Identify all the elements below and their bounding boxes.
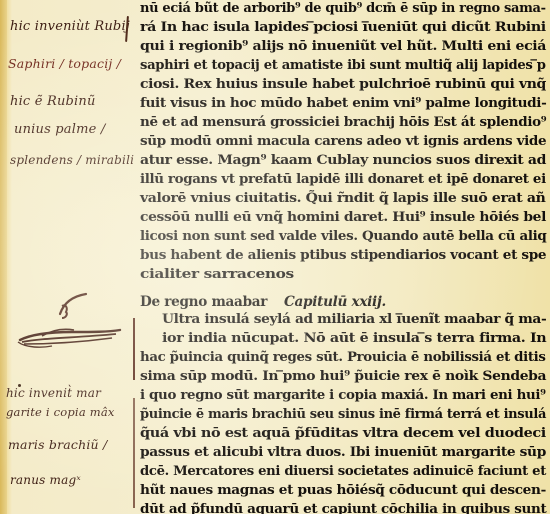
margin-note: splendens / mirabili bbox=[10, 154, 134, 166]
text-line: passus et alicubi vltra duos. Ibi inueni… bbox=[140, 446, 546, 459]
text-line: ior india nūcupat. Nō aūt ē insula ̅s te… bbox=[162, 332, 546, 345]
margin-note: ranus magˣ bbox=[10, 474, 81, 486]
text-line: dūt ad p̃fundū aquarū et capiunt cōchili… bbox=[140, 503, 546, 514]
text-line: hac p̃uincia quinq̃ reges sūt. Prouicia … bbox=[140, 351, 546, 364]
text-line: dcē. Mercatores eni diuersi societates a… bbox=[140, 465, 546, 478]
text-line: sima sūp modū. In ̅pmo hui⁹ p̃uicie rex … bbox=[140, 370, 546, 383]
margin-sketch-icon bbox=[12, 292, 122, 352]
margin-note: Saphiri / topacij / bbox=[8, 58, 121, 71]
text-line: q̃uá vbi nō est aquā p̃fūditas vltra de… bbox=[140, 427, 546, 440]
text-line: cessōū nulli eū vnq̃ homini daret. Hui⁹… bbox=[140, 211, 546, 224]
manuscript-page: hic inveniùt Rubij Saphiri / topacij / … bbox=[0, 0, 550, 514]
margin-note: hic inveniùt Rubij bbox=[10, 20, 130, 33]
text-line: licosi non sunt sed valde viles. Quando … bbox=[140, 230, 546, 243]
text-line: cialiter sarracenos bbox=[140, 268, 294, 281]
text-line: qui i regionib⁹ alijs nō inueniũt vel h… bbox=[140, 40, 546, 53]
text-line: hũt naues magnas et puas hōiésq̃ cōducun… bbox=[140, 484, 546, 497]
printed-text-block: nū eciá bũt de arborib⁹ de quib⁹ dcm̄ ē … bbox=[140, 0, 548, 514]
marginal-bracket bbox=[133, 318, 135, 380]
text-line: illū rogans vt prefatū lapidē illi donar… bbox=[140, 173, 546, 186]
margin-note: hic invenit̀ mar bbox=[6, 387, 101, 399]
text-line: atur esse. Magn⁹ kaam Cublay nuncios suo… bbox=[140, 154, 546, 167]
chapter-number: Capitulū xxiij. bbox=[284, 294, 386, 310]
text-line: Ultra insulá seylá ad miliaria xl i̅ueni… bbox=[162, 313, 546, 326]
left-margin-annotations: hic inveniùt Rubij Saphiri / topacij / … bbox=[8, 0, 136, 514]
margin-note: unius palme / bbox=[14, 123, 105, 136]
text-line: nē et ad mensurá grossiciei brachij hōis… bbox=[140, 116, 546, 129]
chapter-title: De regno maabar bbox=[140, 294, 267, 310]
text-line: ciosi. Rex huius insule habet pulchrioē … bbox=[140, 78, 546, 91]
text-line: valorē vnius ciuitatis. Q̃ui r̃ndit q̃ l… bbox=[140, 192, 545, 205]
margin-note: garite i copia mâx bbox=[6, 407, 115, 419]
text-line: fuit visus in hoc mūdo habet enim vni⁹ p… bbox=[140, 97, 546, 110]
margin-note: hic ẽ Rubinũ bbox=[10, 95, 96, 108]
text-line: i quo regno sūt margarite i copia maxiá.… bbox=[140, 389, 546, 402]
text-line: sūp modū omni macula carens adeo vt igni… bbox=[140, 135, 546, 148]
page-spine-edge bbox=[0, 0, 7, 514]
text-line: bus habent de alienis ptibus stipendiari… bbox=[140, 249, 546, 262]
text-line: p̃uincie ē maris brachiū seu sinus inē f… bbox=[140, 408, 546, 421]
marginal-bracket bbox=[133, 398, 135, 508]
margin-note: maris brachiũ / bbox=[8, 439, 107, 452]
text-line: nū eciá bũt de arborib⁹ de quib⁹ dcm̄ ē … bbox=[140, 2, 546, 15]
text-line: saphiri et topacij et amatiste ibi sunt … bbox=[140, 59, 546, 72]
text-line: rá In hac isula lapides ̅pciosi i̅ueniūt… bbox=[140, 21, 546, 34]
